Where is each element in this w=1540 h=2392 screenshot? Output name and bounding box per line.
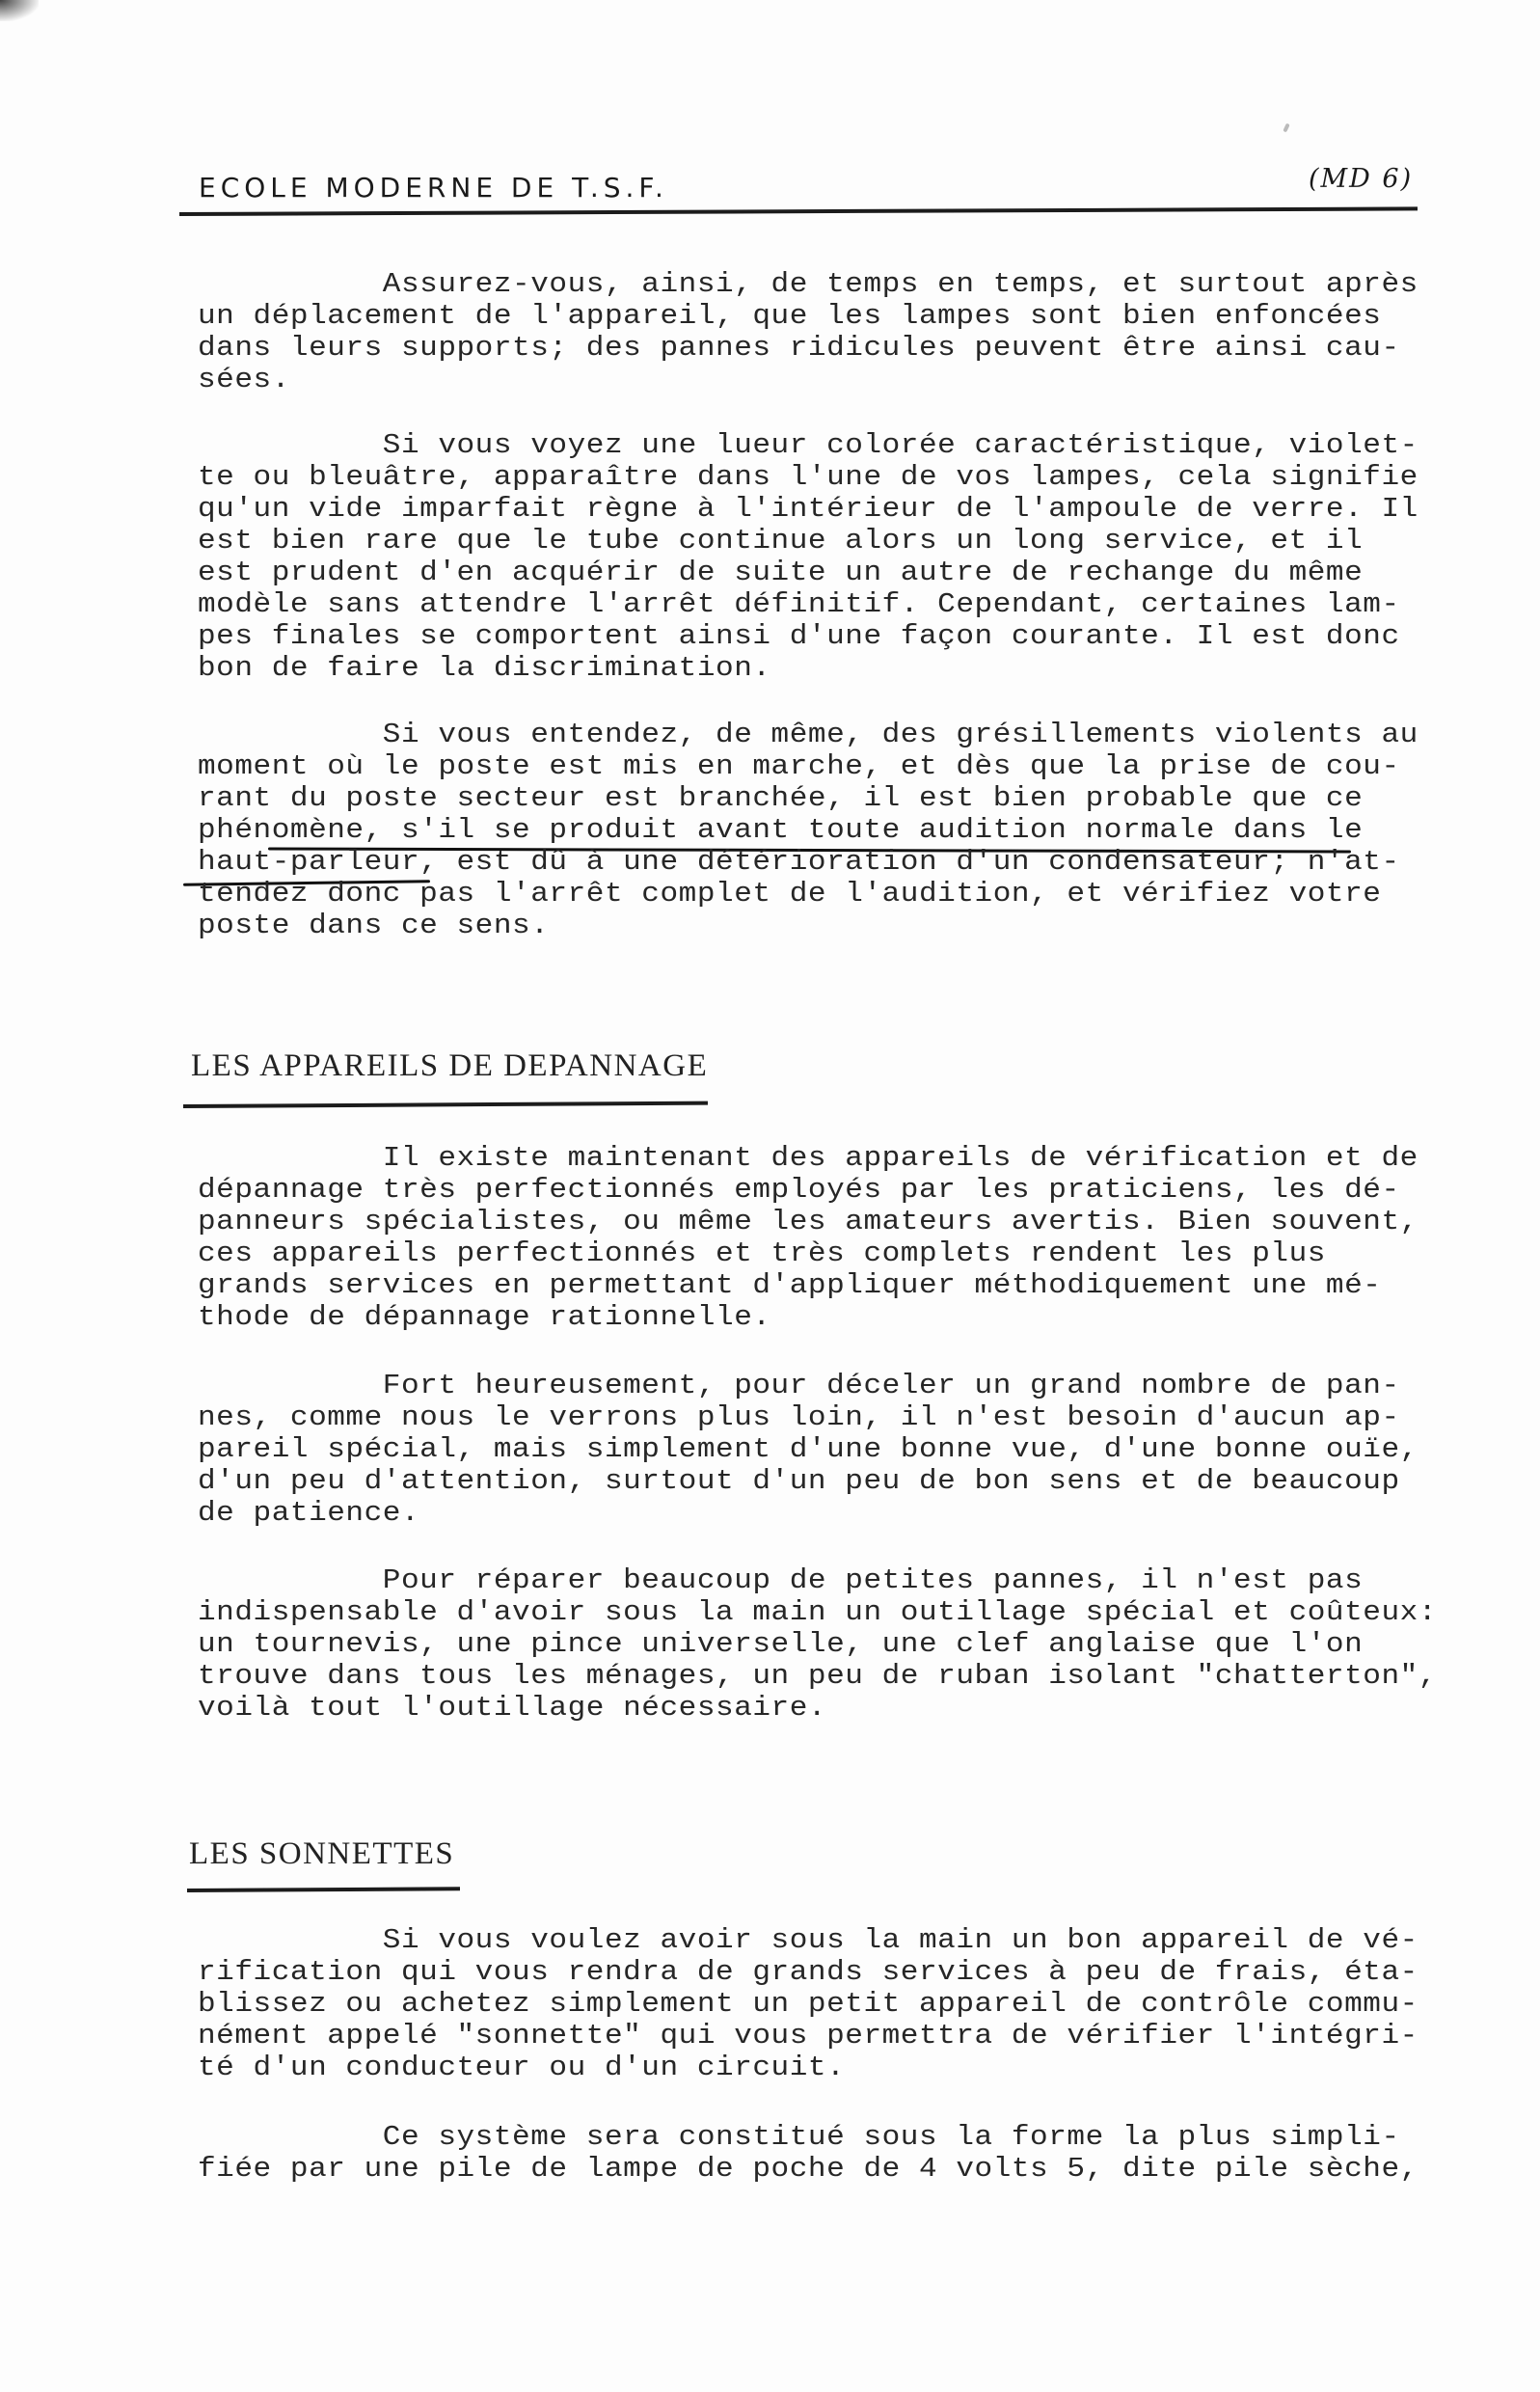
text-line: Si vous voulez avoir sous la main un bon… bbox=[198, 1924, 1418, 1956]
page-code: (MD 6) bbox=[1309, 164, 1413, 194]
text-line: phénomène, s'il se produit avant toute a… bbox=[198, 814, 1363, 846]
text-line: pareil spécial, mais simplement d'une bo… bbox=[198, 1433, 1418, 1465]
section-rule bbox=[183, 1101, 708, 1108]
document-page: ECOLE MODERNE DE T.S.F. (MD 6) Assurez-v… bbox=[0, 0, 1540, 2392]
text-line: Il existe maintenant des appareils de vé… bbox=[198, 1142, 1418, 1174]
text-line: Pour réparer beaucoup de petites pannes,… bbox=[198, 1564, 1363, 1596]
text-line: un déplacement de l'appareil, que les la… bbox=[198, 300, 1381, 332]
scan-speck bbox=[1283, 123, 1289, 133]
text-line: thode de dépannage rationnelle. bbox=[198, 1301, 771, 1333]
text-line: trouve dans tous les ménages, un peu de … bbox=[198, 1660, 1437, 1692]
text-line: d'un peu d'attention, surtout d'un peu d… bbox=[198, 1465, 1400, 1497]
scan-smudge bbox=[0, 0, 39, 21]
text-line: Fort heureusement, pour déceler un grand… bbox=[198, 1370, 1400, 1401]
section-heading: LES APPAREILS DE DEPANNAGE bbox=[191, 1048, 708, 1084]
text-line: dépannage très perfectionnés employés pa… bbox=[198, 1174, 1400, 1206]
section-heading: LES SONNETTES bbox=[189, 1836, 454, 1872]
text-line: est bien rare que le tube continue alors… bbox=[198, 525, 1363, 557]
text-line: Assurez-vous, ainsi, de temps en temps, … bbox=[198, 268, 1418, 300]
text-line: de patience. bbox=[198, 1497, 419, 1529]
text-line: te ou bleuâtre, apparaître dans l'une de… bbox=[198, 461, 1418, 493]
text-line: Si vous voyez une lueur colorée caractér… bbox=[198, 429, 1418, 461]
text-line: bon de faire la discrimination. bbox=[198, 652, 771, 684]
text-line: tendez donc pas l'arrêt complet de l'aud… bbox=[198, 878, 1381, 910]
text-line: Ce système sera constitué sous la forme … bbox=[198, 2121, 1400, 2153]
text-line: modèle sans attendre l'arrêt définitif. … bbox=[198, 588, 1400, 620]
text-line: blissez ou achetez simplement un petit a… bbox=[198, 1988, 1418, 2020]
section-rule bbox=[187, 1887, 460, 1892]
text-line: dans leurs supports; des pannes ridicule… bbox=[198, 332, 1400, 364]
text-line: sées. bbox=[198, 364, 290, 395]
text-line: fiée par une pile de lampe de poche de 4… bbox=[198, 2153, 1418, 2185]
text-line: té d'un conducteur ou d'un circuit. bbox=[198, 2052, 845, 2083]
text-line: ces appareils perfectionnés et très comp… bbox=[198, 1237, 1326, 1269]
text-line: un tournevis, une pince universelle, une… bbox=[198, 1628, 1363, 1660]
text-line: grands services en permettant d'applique… bbox=[198, 1269, 1381, 1301]
text-line: haut-parleur, est dû à une détérioration… bbox=[198, 846, 1400, 878]
text-line: qu'un vide imparfait règne à l'intérieur… bbox=[198, 493, 1418, 525]
text-line: poste dans ce sens. bbox=[198, 910, 549, 941]
text-line: nes, comme nous le verrons plus loin, il… bbox=[198, 1401, 1400, 1433]
text-line: moment où le poste est mis en marche, et… bbox=[198, 750, 1400, 782]
text-line: Si vous entendez, de même, des grésillem… bbox=[198, 719, 1418, 750]
header-title: ECOLE MODERNE DE T.S.F. bbox=[199, 172, 668, 204]
text-line: nément appelé "sonnette" qui vous permet… bbox=[198, 2020, 1418, 2052]
text-line: rification qui vous rendra de grands ser… bbox=[198, 1956, 1418, 1988]
text-line: rant du poste secteur est branchée, il e… bbox=[198, 782, 1363, 814]
text-line: voilà tout l'outillage nécessaire. bbox=[198, 1692, 826, 1724]
text-line: panneurs spécialistes, ou même les amate… bbox=[198, 1206, 1418, 1237]
header-rule bbox=[179, 206, 1418, 216]
text-line: pes finales se comportent ainsi d'une fa… bbox=[198, 620, 1400, 652]
text-line: indispensable d'avoir sous la main un ou… bbox=[198, 1596, 1437, 1628]
text-line: est prudent d'en acquérir de suite un au… bbox=[198, 557, 1363, 588]
